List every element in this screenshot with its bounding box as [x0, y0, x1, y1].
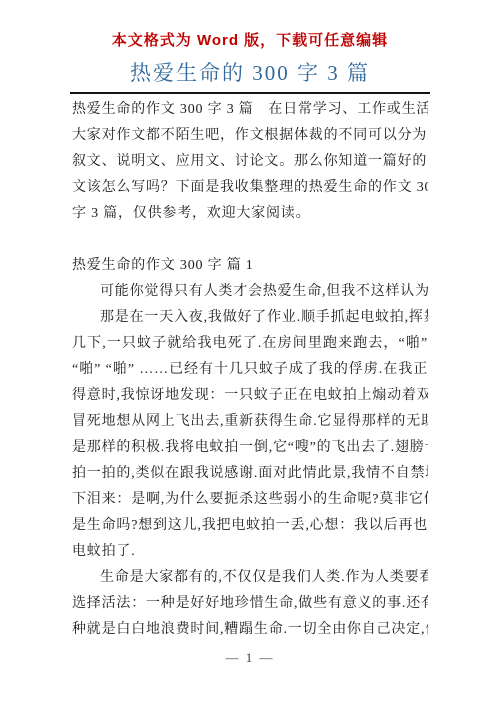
text-line: 选择活法：一种是好好地珍惜生命,做些有意义的事.还有一	[72, 591, 428, 617]
text-line: 几下,一只蚊子就给我电死了.在房间里跑来跑去，“啪”	[72, 331, 428, 357]
header-notice: 本文格式为 Word 版，下载可任意编辑	[0, 32, 500, 50]
text-line: 叙文、说明文、应用文、讨论文。那么你知道一篇好的作	[72, 149, 428, 175]
document-body: 热爱生命的作文 300 字 3 篇 在日常学习、工作或生活中，大家对作文都不陌生…	[70, 97, 430, 643]
text-line: 下泪来：是啊,为什么要扼杀这些弱小的生命呢?莫非它们不	[72, 487, 428, 513]
blank-line	[72, 227, 428, 253]
essay-paragraph-2: 那是在一天入夜,我做好了作业.顺手抓起电蚊拍,挥舞了几下,一只蚊子就给我电死了.…	[72, 305, 428, 565]
content-area: 热爱生命的作文 300 字 3 篇 在日常学习、工作或生活中，大家对作文都不陌生…	[70, 92, 430, 643]
page-number: — 1 —	[0, 650, 500, 666]
text-line: 生命是大家都有的,不仅仅是我们人类.作为人类要看你	[72, 565, 428, 591]
text-line: 那是在一天入夜,我做好了作业.顺手抓起电蚊拍,挥舞了	[72, 305, 428, 331]
title-divider	[70, 92, 430, 94]
text-line: 可能你觉得只有人类才会热爱生命,但我不这样认为.	[72, 279, 428, 305]
text-line: 种就是白白地浪费时间,糟蹋生命.一切全由你自己决定,你必	[72, 617, 428, 643]
text-line: 文该怎么写吗？下面是我收集整理的热爱生命的作文 300	[72, 175, 428, 201]
text-line: 冒死地想从网上飞出去,重新获得生命.它显得那样的无助,又	[72, 409, 428, 435]
essay-paragraph-1: 可能你觉得只有人类才会热爱生命,但我不这样认为.	[72, 279, 428, 305]
essay-paragraph-3: 生命是大家都有的,不仅仅是我们人类.作为人类要看你选择活法：一种是好好地珍惜生命…	[72, 565, 428, 643]
text-line: 字 3 篇，仅供参考，欢迎大家阅读。	[72, 201, 428, 227]
text-line: “啪” “啪” ……已经有十几只蚊子成了我的俘虏.在我正	[72, 357, 428, 383]
text-line: 大家对作文都不陌生吧，作文根据体裁的不同可以分为记	[72, 123, 428, 149]
document-page: 本文格式为 Word 版，下载可任意编辑 热爱生命的 300 字 3 篇 热爱生…	[0, 0, 500, 707]
text-line: 是那样的积极.我将电蚊拍一倒,它“嗖”的飞出去了.翅膀一	[72, 435, 428, 461]
text-line: 得意时,我惊讶地发现：一只蚊子正在电蚊拍上煽动着双翅,	[72, 383, 428, 409]
text-line: 拍一拍的,类似在跟我说感谢.面对此情此景,我情不自禁地流	[72, 461, 428, 487]
intro-paragraph: 热爱生命的作文 300 字 3 篇 在日常学习、工作或生活中，大家对作文都不陌生…	[72, 97, 428, 227]
text-line: 电蚊拍了.	[72, 539, 428, 565]
text-line: 是生命吗?想到这儿,我把电蚊拍一丢,心想：我以后再也不用	[72, 513, 428, 539]
document-title: 热爱生命的 300 字 3 篇	[0, 58, 500, 88]
section-heading: 热爱生命的作文 300 字 篇 1	[72, 253, 428, 279]
text-line: 热爱生命的作文 300 字 3 篇 在日常学习、工作或生活中，	[72, 97, 428, 123]
